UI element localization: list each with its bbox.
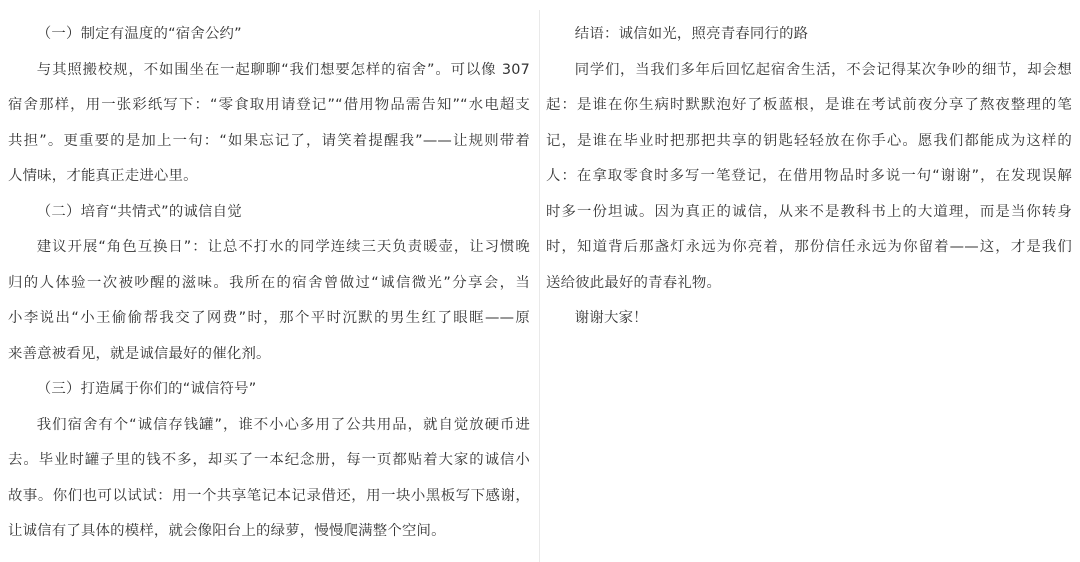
text-line: （一）制定有温度的“宿舍公约” [8,17,530,53]
text-line: 起：是谁在你生病时默默泡好了板蓝根，是谁在考试前夜分享了熬夜整理的笔 [546,88,1072,124]
page-divider [539,10,540,562]
text-line: 记，是谁在毕业时把那把共享的钥匙轻轻放在你手心。愿我们都能成为这样的 [546,124,1072,160]
text-line: 小李说出“小王偷偷帮我交了网费”时，那个平时沉默的男生红了眼眶——原 [8,301,530,337]
text-line: 送给彼此最好的青春礼物。 [546,266,1072,302]
document-page: （一）制定有温度的“宿舍公约”与其照搬校规，不如围坐在一起聊聊“我们想要怎样的宿… [0,0,1080,562]
page-column-left: （一）制定有温度的“宿舍公约”与其照搬校规，不如围坐在一起聊聊“我们想要怎样的宿… [8,17,530,550]
text-line: 同学们，当我们多年后回忆起宿舍生活，不会记得某次争吵的细节，却会想 [546,53,1072,89]
text-line: 让诚信有了具体的模样，就会像阳台上的绿萝，慢慢爬满整个空间。 [8,514,530,550]
text-line: 我们宿舍有个“诚信存钱罐”，谁不小心多用了公共用品，就自觉放硬币进 [8,408,530,444]
text-line: 共担”。更重要的是加上一句：“如果忘记了，请笑着提醒我”——让规则带着 [8,124,530,160]
text-line: 人情味，才能真正走进心里。 [8,159,530,195]
text-line: 时多一份坦诚。因为真正的诚信，从来不是教科书上的大道理，而是当你转身 [546,195,1072,231]
text-line: 时，知道背后那盏灯永远为你亮着，那份信任永远为你留着——这，才是我们 [546,230,1072,266]
text-line: 来善意被看见，就是诚信最好的催化剂。 [8,337,530,373]
text-line: 人：在拿取零食时多写一笔登记，在借用物品时多说一句“谢谢”，在发现误解 [546,159,1072,195]
text-line: 结语：诚信如光，照亮青春同行的路 [546,17,1072,53]
text-line: 谢谢大家！ [546,301,1072,337]
page-column-right: 结语：诚信如光，照亮青春同行的路同学们，当我们多年后回忆起宿舍生活，不会记得某次… [546,17,1072,337]
text-line: （二）培育“共情式”的诚信自觉 [8,195,530,231]
text-line: 去。毕业时罐子里的钱不多，却买了一本纪念册，每一页都贴着大家的诚信小 [8,443,530,479]
text-line: 宿舍那样，用一张彩纸写下：“零食取用请登记”“借用物品需告知”“水电超支 [8,88,530,124]
text-line: 故事。你们也可以试试：用一个共享笔记本记录借还，用一块小黑板写下感谢， [8,479,530,515]
text-line: 建议开展“角色互换日”：让总不打水的同学连续三天负责暖壶，让习惯晚 [8,230,530,266]
text-line: 归的人体验一次被吵醒的滋味。我所在的宿舍曾做过“诚信微光”分享会，当 [8,266,530,302]
text-line: 与其照搬校规，不如围坐在一起聊聊“我们想要怎样的宿舍”。可以像 307 [8,53,530,89]
text-line: （三）打造属于你们的“诚信符号” [8,372,530,408]
